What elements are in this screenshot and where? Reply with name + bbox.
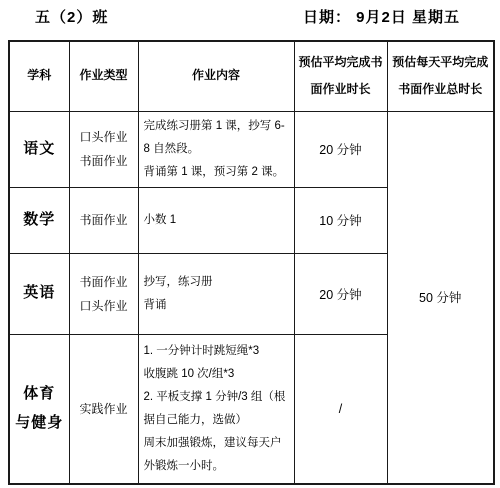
duration-cell: 10 分钟: [294, 187, 387, 253]
content-line: 抄写，练习册: [144, 271, 291, 294]
header-row: 学科 作业类型 作业内容 预估平均完成书面作业时长 预估每天平均完成书面作业总时…: [9, 41, 494, 111]
type-cell: 口头作业 书面作业: [69, 111, 138, 187]
content-line: 2. 平板支撑 1 分钟/3 组（根据自己能力，选做）: [144, 386, 291, 432]
duration-cell: 20 分钟: [294, 111, 387, 187]
type-line: 口头作业: [70, 294, 138, 318]
type-cell: 书面作业 口头作业: [69, 253, 138, 334]
col-header-avg-duration: 预估平均完成书面作业时长: [294, 41, 387, 111]
type-cell: 实践作业: [69, 334, 138, 484]
class-name: 五（2）班: [35, 6, 108, 27]
type-line: 书面作业: [70, 208, 138, 232]
content-line: 背诵: [144, 294, 291, 317]
type-line: 书面作业: [70, 270, 138, 294]
content-line: 完成练习册第 1 课，抄写 6-8 自然段。: [144, 115, 291, 161]
content-cell: 抄写，练习册 背诵: [138, 253, 294, 334]
subject-cell: 数学: [9, 187, 69, 253]
col-header-content: 作业内容: [138, 41, 294, 111]
subject-cell: 体育 与健身: [9, 334, 69, 484]
content-cell: 1. 一分钟计时跳短绳*3 收腹跳 10 次/组*3 2. 平板支撑 1 分钟/…: [138, 334, 294, 484]
duration-cell: 20 分钟: [294, 253, 387, 334]
document-header: 五（2）班 日期： 9月2日 星期五: [0, 0, 500, 38]
subject-line: 体育: [10, 380, 69, 409]
type-line: 书面作业: [70, 149, 138, 173]
homework-table: 学科 作业类型 作业内容 预估平均完成书面作业时长 预估每天平均完成书面作业总时…: [8, 40, 495, 485]
content-line: 1. 一分钟计时跳短绳*3 收腹跳 10 次/组*3: [144, 340, 291, 386]
date-label: 日期： 9月2日 星期五: [303, 6, 460, 27]
col-header-type: 作业类型: [69, 41, 138, 111]
content-cell: 完成练习册第 1 课，抄写 6-8 自然段。 背诵第 1 课，预习第 2 课。: [138, 111, 294, 187]
type-line: 实践作业: [70, 397, 138, 421]
content-cell: 小数 1: [138, 187, 294, 253]
subject-cell: 英语: [9, 253, 69, 334]
content-line: 周末加强锻炼，建议每天户外锻炼一小时。: [144, 432, 291, 478]
content-line: 小数 1: [144, 209, 291, 232]
duration-cell: /: [294, 334, 387, 484]
subject-cell: 语文: [9, 111, 69, 187]
col-header-total-duration: 预估每天平均完成书面作业总时长: [387, 41, 494, 111]
table-row-chinese: 语文 口头作业 书面作业 完成练习册第 1 课，抄写 6-8 自然段。 背诵第 …: [9, 111, 494, 187]
type-line: 口头作业: [70, 125, 138, 149]
col-header-subject: 学科: [9, 41, 69, 111]
subject-line: 与健身: [10, 409, 69, 438]
total-duration-cell: 50 分钟: [387, 111, 494, 484]
content-line: 背诵第 1 课，预习第 2 课。: [144, 161, 291, 184]
document-page: 五（2）班 日期： 9月2日 星期五 学科 作业类型 作业内容 预估平均完成书面…: [0, 0, 500, 488]
type-cell: 书面作业: [69, 187, 138, 253]
